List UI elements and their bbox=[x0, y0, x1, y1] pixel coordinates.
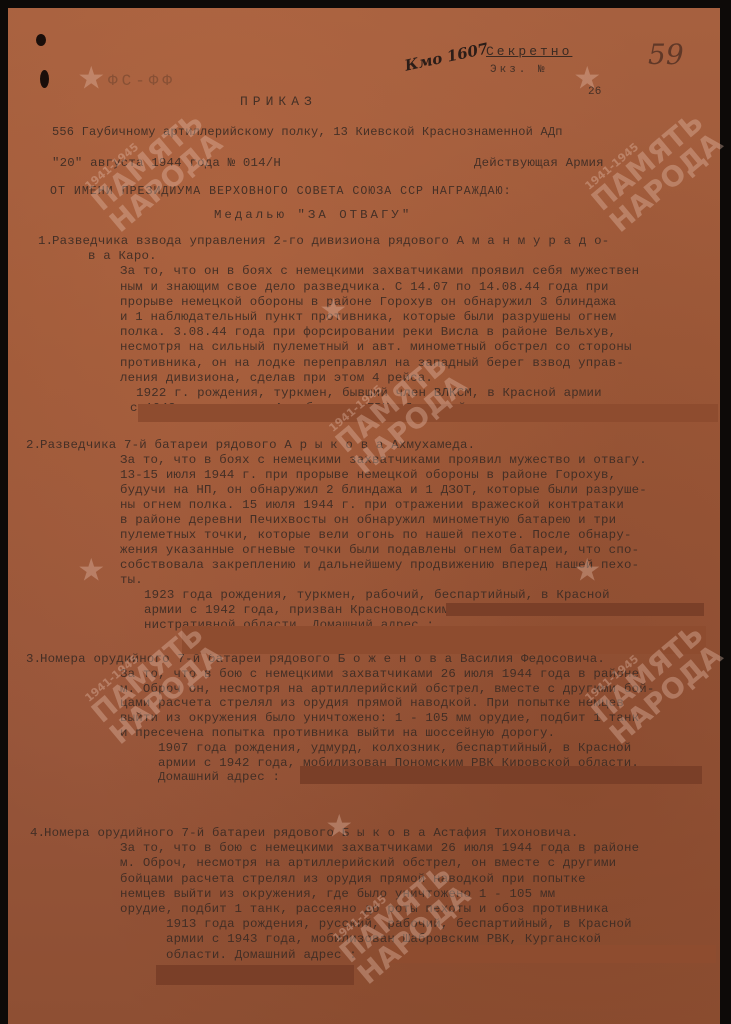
entry-text-line: в а Каро. bbox=[88, 249, 157, 263]
army-line: Действующая Армия bbox=[474, 156, 604, 170]
page-number: 59 bbox=[648, 38, 684, 71]
entry-text-line: цами расчета стрелял из орудия прямой на… bbox=[120, 696, 624, 710]
entry-text-line: пулеметных точки, которые вели огонь по … bbox=[120, 528, 632, 542]
entry-text-line: в районе деревни Печихвосты он обнаружил… bbox=[120, 513, 616, 527]
classification-label: Секретно bbox=[486, 44, 572, 59]
document-page: ФС-ФФ Кмо 1607 Секретно Экз. № 26 59 ПРИ… bbox=[8, 8, 720, 1024]
entry-text-line: ным и знающим свое дело разведчика. С 14… bbox=[120, 280, 609, 294]
redacted-address bbox=[388, 945, 716, 963]
entry-text-line: 1907 года рождения, удмурд, колхозник, б… bbox=[158, 741, 631, 755]
entry-text-line: полка. 3.08.44 года при форсировании рек… bbox=[120, 325, 616, 339]
entry-text-line: ны огнем полка. 15 июля 1944 г. при отра… bbox=[120, 498, 624, 512]
entry-text-line: несмотря на сильный пулеметный и авт. ми… bbox=[120, 340, 632, 354]
entry-text-line: м. Оброч, несмотря на артиллерийский обс… bbox=[120, 856, 616, 870]
entry-text-line: области. Домашний адрес : bbox=[166, 948, 357, 962]
watermark: 1941-1945 ПАМЯТЬ НАРОДА bbox=[580, 99, 727, 238]
watermark-star-icon: ★ bbox=[574, 56, 601, 100]
watermark-star-icon: ★ bbox=[78, 56, 105, 100]
entry-text-line: будучи на НП, он обнаружил 2 блиндажа и … bbox=[120, 483, 647, 497]
document-title: ПРИКАЗ bbox=[240, 94, 317, 109]
entry-number: 2. bbox=[26, 438, 41, 452]
classification-sub: Экз. № bbox=[490, 64, 548, 76]
redacted-address bbox=[156, 965, 354, 985]
entry-number: 3. bbox=[26, 652, 41, 666]
entry-text-line: За то, что в бою с немецкими захватчикам… bbox=[120, 841, 639, 855]
entry-number: 4. bbox=[30, 826, 45, 840]
entry-text-line: собствовала закреплению и дальнейшему пр… bbox=[120, 558, 639, 572]
watermark: 1941-1945 ПАМЯТЬ НАРОДА bbox=[80, 99, 227, 238]
entry-text-line: и пресечена попытка противника выйти на … bbox=[120, 726, 555, 740]
punch-hole bbox=[40, 70, 49, 88]
entry-text-line: Разведчика взвода управления 2-го дивизи… bbox=[52, 234, 609, 248]
entry-text-line: прорыве немецкой обороны в районе Гороху… bbox=[120, 295, 616, 309]
watermark-star-icon: ★ bbox=[574, 548, 601, 592]
entry-text-line: Номера орудийного 7-й батареи рядового Б… bbox=[44, 826, 579, 840]
redacted-address bbox=[446, 603, 704, 616]
entry-text-line: 1923 года рождения, туркмен, рабочий, бе… bbox=[144, 588, 610, 602]
unit-line: 556 Гаубичному артиллерийскому полку, 13… bbox=[52, 125, 563, 139]
entry-text-line: немцев выйти из окружения, где было унич… bbox=[120, 887, 555, 901]
redacted-address bbox=[300, 766, 702, 784]
entry-text-line: ты. bbox=[120, 573, 143, 587]
entry-text-line: За то, что он в боях с немецкими захватч… bbox=[120, 264, 639, 278]
entry-text-line: и 1 наблюдательный пункт противника, кот… bbox=[120, 310, 616, 324]
watermark-star-icon: ★ bbox=[78, 548, 105, 592]
entry-text-line: противника, он на лодке переправлял на з… bbox=[120, 356, 624, 370]
faded-header: ФС-ФФ bbox=[108, 72, 176, 90]
entry-text-line: Домашний адрес : bbox=[158, 770, 280, 784]
punch-hole bbox=[36, 34, 46, 46]
watermark-star-icon: ★ bbox=[326, 804, 353, 848]
entry-text-line: выйти из окружения было уничтожено: 1 - … bbox=[120, 711, 639, 725]
medal-line: Медалью "ЗА ОТВАГУ" bbox=[214, 208, 412, 222]
redacted-address bbox=[182, 626, 706, 654]
watermark-star-icon: ★ bbox=[320, 288, 347, 332]
handwritten-number: Кмо 1607 bbox=[403, 39, 490, 74]
entry-text-line: бойцами расчета стрелял из орудия прямой… bbox=[120, 872, 586, 886]
entry-text-line: жения указанные огневые точки были подав… bbox=[120, 543, 639, 557]
entry-number: 1. bbox=[38, 234, 53, 248]
